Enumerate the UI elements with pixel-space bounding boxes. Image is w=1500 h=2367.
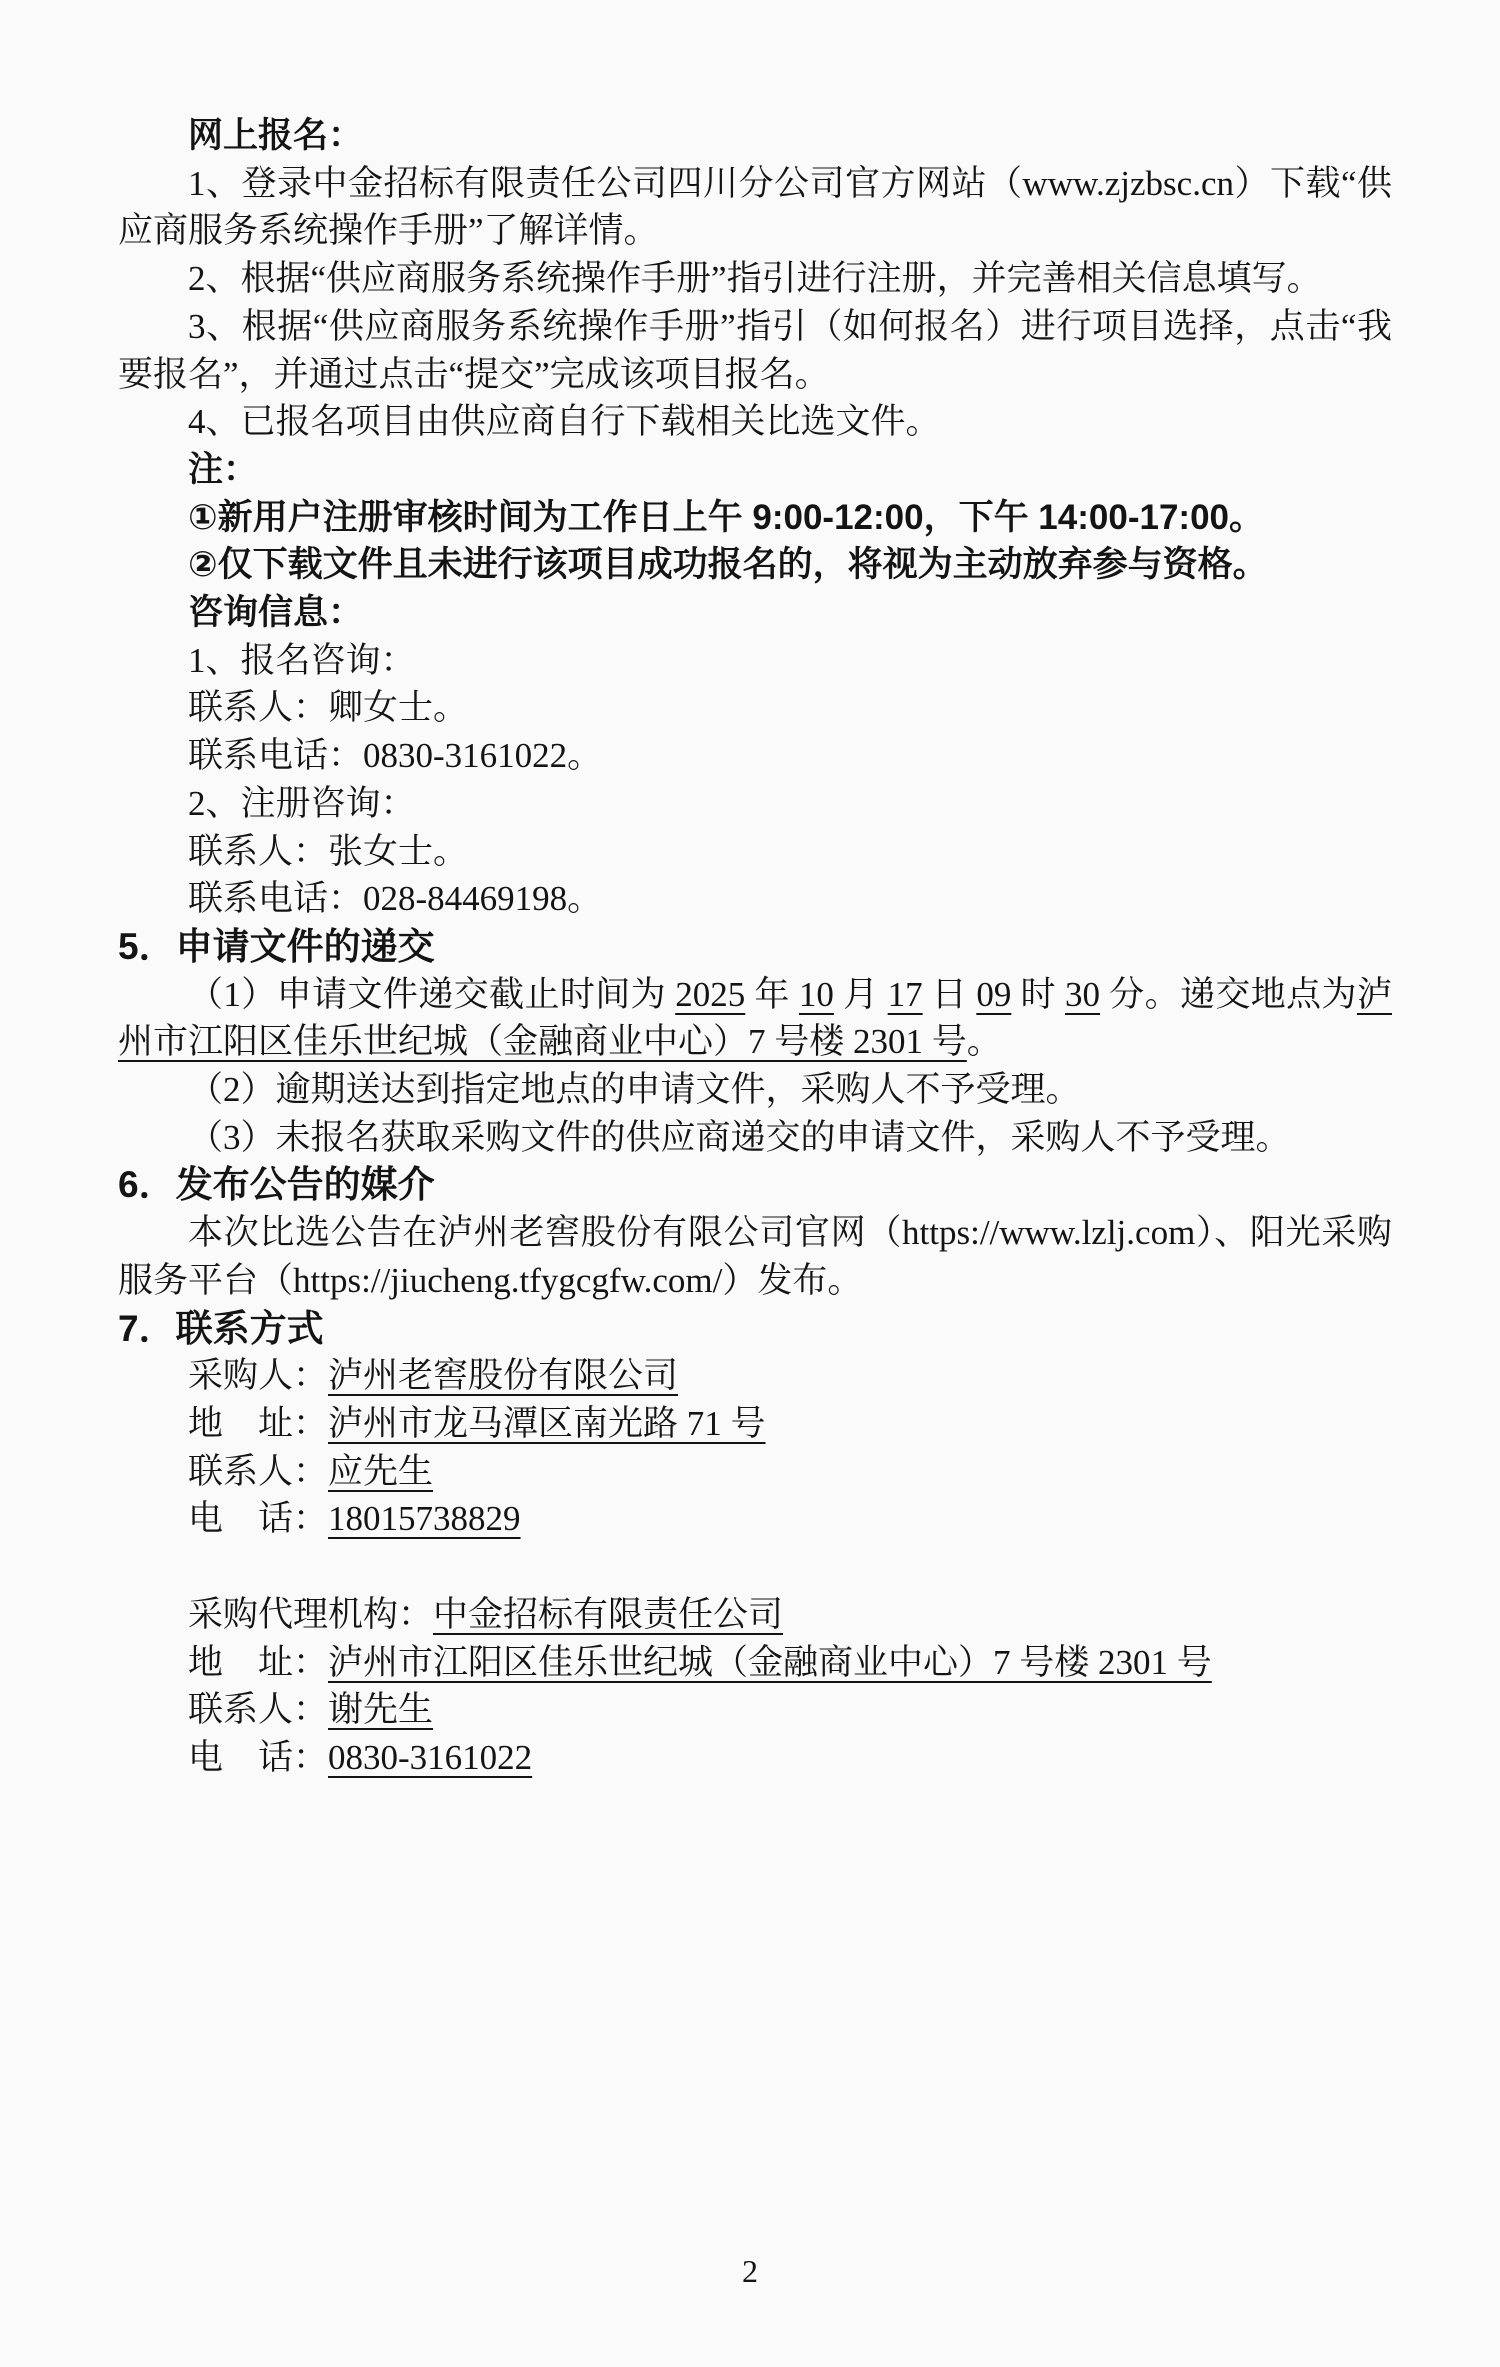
purchaser-name: 采购人：泸州老窖股份有限公司 <box>118 1352 1392 1400</box>
text-run: 联系电话：0830-3161022。 <box>188 736 602 775</box>
text-run: 09 <box>976 975 1011 1014</box>
agency-address: 地 址：泸州市江阳区佳乐世纪城（金融商业中心）7 号楼 2301 号 <box>118 1639 1392 1687</box>
signup-step-4: 4、已报名项目由供应商自行下载相关比选文件。 <box>118 398 1392 446</box>
text-run: 地 址： <box>188 1404 328 1443</box>
text-run: 采购人： <box>188 1356 328 1395</box>
text-run: 泸州市江阳区佳乐世纪城（金融商业中心）7 号楼 2301 号 <box>328 1643 1212 1682</box>
text-run: 联系人：卿女士。 <box>188 688 468 727</box>
text-run: 17 <box>888 975 923 1014</box>
text-run: 4、已报名项目由供应商自行下载相关比选文件。 <box>188 402 941 441</box>
text-run: 联系电话：028-84469198。 <box>188 879 602 918</box>
consult-register-contact: 联系人：张女士。 <box>118 828 1392 876</box>
submission-deadline: （1）申请文件递交截止时间为 2025 年 10 月 17 日 09 时 30 … <box>118 971 1392 1066</box>
text-run: 日 <box>923 975 977 1014</box>
text-run: 咨询信息： <box>188 593 363 632</box>
text-run: 联系人： <box>188 1690 328 1729</box>
announcement-media: 本次比选公告在泸州老窖股份有限公司官网（https://www.lzlj.com… <box>118 1209 1392 1304</box>
text-run: 18015738829 <box>328 1499 521 1538</box>
text-run: ②仅下载文件且未进行该项目成功报名的，将视为主动放弃参与资格。 <box>188 545 1268 584</box>
text-run: （1）申请文件递交截止时间为 <box>188 975 675 1014</box>
text-run: 5．申请文件的递交 <box>118 926 435 967</box>
section-5-heading: 5．申请文件的递交 <box>118 923 1392 971</box>
text-run: 月 <box>834 975 888 1014</box>
text-run: 1、登录中金招标有限责任公司四川分公司官方网站（www.zjzbsc.cn）下载… <box>118 164 1392 251</box>
text-run: 中金招标有限责任公司 <box>433 1595 783 1634</box>
consult-register-phone: 联系电话：028-84469198。 <box>118 875 1392 923</box>
text-run: 电 话： <box>188 1499 328 1538</box>
text-run: 年 <box>745 975 799 1014</box>
text-run: 2、根据“供应商服务系统操作手册”指引进行注册，并完善相关信息填写。 <box>188 259 1322 298</box>
signup-step-1: 1、登录中金招标有限责任公司四川分公司官方网站（www.zjzbsc.cn）下载… <box>118 160 1392 255</box>
text-run: （2）逾期送达到指定地点的申请文件，采购人不予受理。 <box>188 1070 1081 1109</box>
agency-name: 采购代理机构：中金招标有限责任公司 <box>118 1591 1392 1639</box>
text-run: （3）未报名获取采购文件的供应商递交的申请文件，采购人不予受理。 <box>188 1118 1291 1157</box>
signup-step-3: 3、根据“供应商服务系统操作手册”指引（如何报名）进行项目选择，点击“我要报名”… <box>118 303 1392 398</box>
text-run: 1、报名咨询： <box>188 641 416 680</box>
text-run: 本次比选公告在泸州老窖股份有限公司官网（https://www.lzlj.com… <box>118 1213 1392 1300</box>
text-run: 30 <box>1065 975 1100 1014</box>
text-run: 应先生 <box>328 1452 433 1491</box>
purchaser-phone: 电 话：18015738829 <box>118 1495 1392 1543</box>
text-run: 3、根据“供应商服务系统操作手册”指引（如何报名）进行项目选择，点击“我要报名”… <box>118 307 1392 394</box>
text-run: 泸州老窖股份有限公司 <box>328 1356 678 1395</box>
text-run: 地 址： <box>188 1643 328 1682</box>
text-run: 采购代理机构： <box>188 1595 433 1634</box>
text-run: 6．发布公告的媒介 <box>118 1164 435 1205</box>
text-run: 10 <box>799 975 834 1014</box>
consult-signup-title: 1、报名咨询： <box>118 637 1392 685</box>
consult-signup-contact: 联系人：卿女士。 <box>118 684 1392 732</box>
online-signup-subhead: 网上报名： <box>118 112 1392 160</box>
submission-unregistered: （3）未报名获取采购文件的供应商递交的申请文件，采购人不予受理。 <box>118 1114 1392 1162</box>
text-run: 时 <box>1011 975 1065 1014</box>
purchaser-contact: 联系人：应先生 <box>118 1448 1392 1496</box>
blank-line <box>118 1543 1392 1591</box>
signup-step-2: 2、根据“供应商服务系统操作手册”指引进行注册，并完善相关信息填写。 <box>118 255 1392 303</box>
text-run: 2、注册咨询： <box>188 784 416 823</box>
text-run: 联系人： <box>188 1452 328 1491</box>
note-2: ②仅下载文件且未进行该项目成功报名的，将视为主动放弃参与资格。 <box>118 541 1392 589</box>
text-run: 分。递交地点为 <box>1100 975 1357 1014</box>
text-run: 7．联系方式 <box>118 1308 324 1349</box>
text-run: 注： <box>188 450 258 489</box>
document-page: 网上报名：1、登录中金招标有限责任公司四川分公司官方网站（www.zjzbsc.… <box>0 0 1500 2367</box>
submission-late: （2）逾期送达到指定地点的申请文件，采购人不予受理。 <box>118 1066 1392 1114</box>
agency-phone: 电 话：0830-3161022 <box>118 1734 1392 1782</box>
consult-info-subhead: 咨询信息： <box>118 589 1392 637</box>
document-content: 网上报名：1、登录中金招标有限责任公司四川分公司官方网站（www.zjzbsc.… <box>118 112 1392 1782</box>
text-run: 电 话： <box>188 1738 328 1777</box>
consult-signup-phone: 联系电话：0830-3161022。 <box>118 732 1392 780</box>
text-run: ①新用户注册审核时间为工作日上午 9:00-12:00，下午 14:00-17:… <box>188 498 1264 537</box>
text-run: 2025 <box>675 975 745 1014</box>
note-1: ①新用户注册审核时间为工作日上午 9:00-12:00，下午 14:00-17:… <box>118 494 1392 542</box>
consult-register-title: 2、注册咨询： <box>118 780 1392 828</box>
section-6-heading: 6．发布公告的媒介 <box>118 1161 1392 1209</box>
text-run: 0830-3161022 <box>328 1738 532 1777</box>
section-7-heading: 7．联系方式 <box>118 1305 1392 1353</box>
text-run: 网上报名： <box>188 116 363 155</box>
text-run: 泸州市龙马潭区南光路 71 号 <box>328 1404 766 1443</box>
text-run: 谢先生 <box>328 1690 433 1729</box>
text-run: 。 <box>967 1022 1002 1061</box>
page-number: 2 <box>0 2248 1500 2296</box>
text-run: 联系人：张女士。 <box>188 832 468 871</box>
purchaser-address: 地 址：泸州市龙马潭区南光路 71 号 <box>118 1400 1392 1448</box>
note-subhead: 注： <box>118 446 1392 494</box>
agency-contact: 联系人：谢先生 <box>118 1686 1392 1734</box>
